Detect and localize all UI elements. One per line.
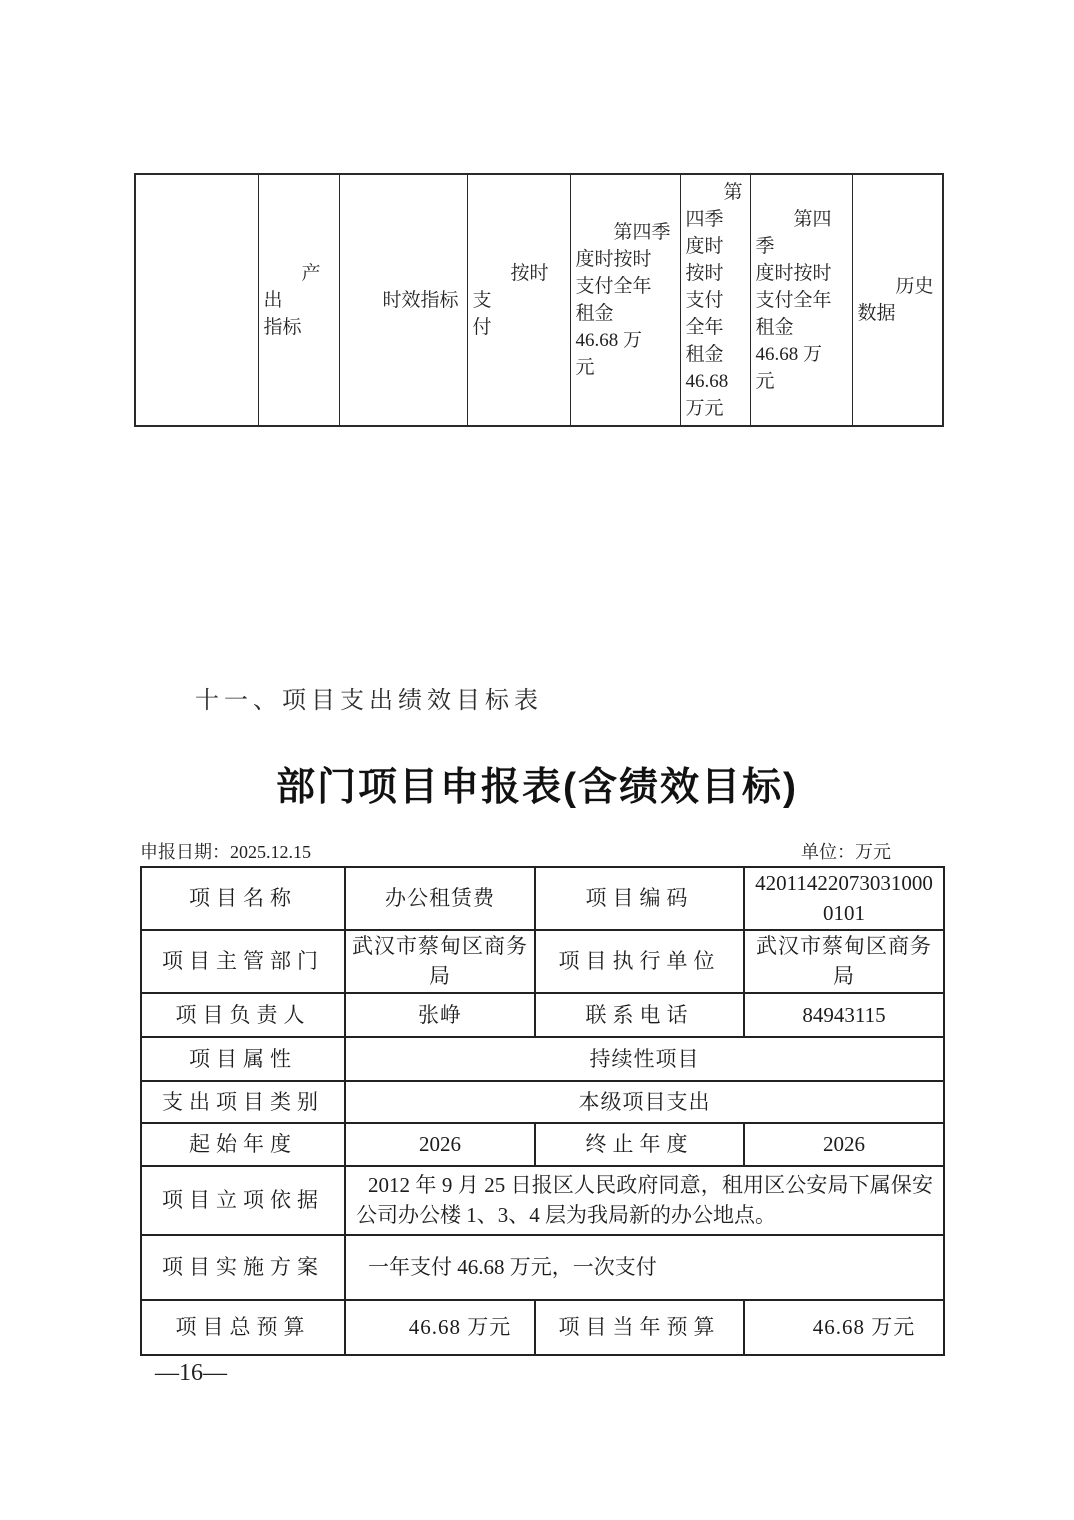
project-application-table: 项目名称 办公租赁费 项目编码 42011422073031000 0101 项… <box>140 866 945 1356</box>
value-current-year-budget: 46.68 万元 <box>744 1300 944 1355</box>
table-row-implementation-plan: 项目实施方案 一年支付 46.68 万元，一次支付 <box>141 1235 944 1300</box>
document-page: 产出 指标 时效指标 按时支 付 第四季 度时按时 支付全年 租金 46.68 … <box>0 0 1074 1520</box>
indicator-cell-empty <box>135 174 258 426</box>
value-project-attribute: 持续性项目 <box>345 1037 944 1081</box>
value-contact-phone: 84943115 <box>744 993 944 1037</box>
label-implementation-plan: 项目实施方案 <box>141 1235 345 1300</box>
table-row-approval-basis: 项目立项依据 2012 年 9 月 25 日报区人民政府同意，租用区公安局下属保… <box>141 1166 944 1235</box>
indicator-row: 产出 指标 时效指标 按时支 付 第四季 度时按时 支付全年 租金 46.68 … <box>135 174 943 426</box>
indicator-cell-output-group: 产出 指标 <box>258 174 339 426</box>
label-expenditure-category: 支出项目类别 <box>141 1081 345 1123</box>
value-supervising-department: 武汉市蔡甸区商务 局 <box>345 930 535 993</box>
table-row-years: 起始年度 2026 终止年度 2026 <box>141 1123 944 1166</box>
performance-indicator-table: 产出 指标 时效指标 按时支 付 第四季 度时按时 支付全年 租金 46.68 … <box>134 173 944 427</box>
value-start-year: 2026 <box>345 1123 535 1166</box>
indicator-cell-annual-target: 第四季 度时按时 支付全年 租金 46.68 万 元 <box>570 174 680 426</box>
form-title: 部门项目申报表(含绩效目标) <box>0 756 1074 812</box>
label-executing-unit: 项目执行单位 <box>535 930 744 993</box>
table-row-project-name: 项目名称 办公租赁费 项目编码 42011422073031000 0101 <box>141 867 944 930</box>
unit-label: 单位：万元 <box>801 838 943 864</box>
section-heading: 十一、项目支出绩效目标表 <box>195 680 543 715</box>
table-row-expenditure-category: 支出项目类别 本级项目支出 <box>141 1081 944 1123</box>
value-project-code: 42011422073031000 0101 <box>744 867 944 930</box>
table-row-project-attribute: 项目属性 持续性项目 <box>141 1037 944 1081</box>
table-row-contact: 项目负责人 张峥 联系电话 84943115 <box>141 993 944 1037</box>
indicator-cell-quarter-target-2: 第四季 度时按时 支付全年 租金 46.68 万 元 <box>750 174 852 426</box>
table-row-departments: 项目主管部门 武汉市蔡甸区商务 局 项目执行单位 武汉市蔡甸区商务 局 <box>141 930 944 993</box>
label-approval-basis: 项目立项依据 <box>141 1166 345 1235</box>
value-executing-unit: 武汉市蔡甸区商务 局 <box>744 930 944 993</box>
value-expenditure-category: 本级项目支出 <box>345 1081 944 1123</box>
label-end-year: 终止年度 <box>535 1123 744 1166</box>
form-info-line: 申报日期：2025.12.15 单位：万元 <box>140 838 943 864</box>
label-project-name: 项目名称 <box>141 867 345 930</box>
value-approval-basis: 2012 年 9 月 25 日报区人民政府同意，租用区公安局下属保安公司办公楼 … <box>345 1166 944 1235</box>
indicator-cell-history-data: 历史 数据 <box>852 174 943 426</box>
label-total-budget: 项目总预算 <box>141 1300 345 1355</box>
label-project-attribute: 项目属性 <box>141 1037 345 1081</box>
value-total-budget: 46.68 万元 <box>345 1300 535 1355</box>
value-end-year: 2026 <box>744 1123 944 1166</box>
page-number: —16— <box>155 1360 227 1387</box>
label-project-leader: 项目负责人 <box>141 993 345 1037</box>
value-project-name: 办公租赁费 <box>345 867 535 930</box>
indicator-cell-quarter-target: 第 四季 度时 按时 支付 全年 租金 46.68 万元 <box>680 174 750 426</box>
label-project-code: 项目编码 <box>535 867 744 930</box>
value-project-leader: 张峥 <box>345 993 535 1037</box>
label-contact-phone: 联系电话 <box>535 993 744 1037</box>
label-start-year: 起始年度 <box>141 1123 345 1166</box>
label-current-year-budget: 项目当年预算 <box>535 1300 744 1355</box>
label-supervising-department: 项目主管部门 <box>141 930 345 993</box>
value-implementation-plan: 一年支付 46.68 万元，一次支付 <box>345 1235 944 1300</box>
table-row-budget: 项目总预算 46.68 万元 项目当年预算 46.68 万元 <box>141 1300 944 1355</box>
indicator-cell-timeliness: 时效指标 <box>339 174 467 426</box>
indicator-cell-pay-on-time: 按时支 付 <box>467 174 570 426</box>
declare-date: 申报日期：2025.12.15 <box>140 838 311 864</box>
